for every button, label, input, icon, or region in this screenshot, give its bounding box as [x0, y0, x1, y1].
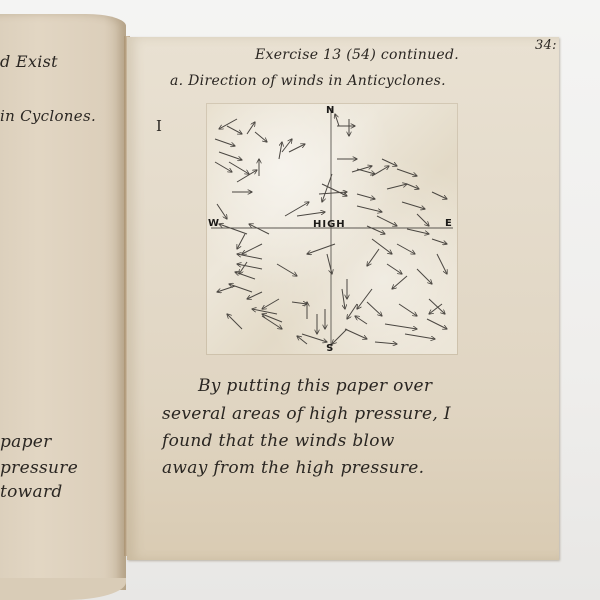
- wind-arrow-icon: [399, 304, 417, 316]
- wind-arrow-icon: [235, 272, 255, 279]
- wind-arrow-icon: [237, 234, 245, 249]
- wind-arrow-icon: [407, 184, 419, 189]
- wind-arrow-icon: [292, 302, 307, 304]
- wind-arrow-icon: [432, 192, 447, 199]
- wind-arrow-icon: [282, 139, 292, 152]
- left-page-line-4: pressure: [0, 458, 78, 478]
- wind-arrow-icon: [219, 224, 247, 234]
- wind-arrow-icon: [217, 204, 227, 219]
- left-page-line-3: paper: [0, 432, 52, 452]
- wind-arrow-icon: [247, 122, 255, 134]
- wind-arrow-icon: [432, 239, 447, 244]
- conclusion-line-3: found that the winds blow: [162, 431, 395, 451]
- wind-arrow-icon: [332, 329, 347, 344]
- wind-arrow-icon: [367, 226, 385, 234]
- wind-arrow-icon: [352, 166, 372, 172]
- wind-arrow-icon: [387, 184, 407, 189]
- wind-arrow-icon: [239, 262, 247, 274]
- wind-arrow-icon: [417, 214, 429, 226]
- high-pressure-label: HIGH: [313, 219, 346, 230]
- wind-arrow-icon: [355, 316, 367, 324]
- wind-arrow-icon: [357, 289, 372, 309]
- wind-arrow-icon: [252, 309, 277, 314]
- left-page-line-2: in Cyclones.: [0, 107, 96, 125]
- wind-arrow-icon: [237, 170, 257, 182]
- wind-arrow-icon: [262, 299, 279, 309]
- wind-arrow-icon: [285, 202, 309, 216]
- wind-arrow-icon: [237, 264, 262, 269]
- wind-arrow-icon: [227, 314, 242, 329]
- wind-arrow-icon: [375, 342, 397, 344]
- wind-arrow-icon: [219, 119, 237, 129]
- wind-arrow-icon: [402, 202, 425, 209]
- wind-arrow-icon: [342, 289, 345, 309]
- wind-arrow-icon: [217, 286, 235, 292]
- wind-arrow-icon: [255, 132, 267, 142]
- wind-arrow-icon: [427, 319, 447, 329]
- wind-arrow-icon: [289, 144, 305, 152]
- wind-arrow-icon: [407, 229, 429, 234]
- wind-arrow-icon: [219, 152, 242, 160]
- south-label: S: [326, 341, 333, 352]
- wind-arrow-icon: [385, 324, 417, 329]
- wind-arrow-icon: [387, 264, 402, 274]
- conclusion-line-1: By putting this paper over: [198, 376, 432, 396]
- wind-arrow-icon: [357, 194, 375, 199]
- wind-arrow-icon: [279, 142, 282, 159]
- wind-arrow-icon: [417, 269, 432, 284]
- left-notebook-page: [0, 14, 126, 590]
- wind-arrow-icon: [215, 139, 235, 146]
- left-page-line-1: d Exist: [0, 52, 58, 71]
- wind-arrow-icon: [229, 284, 252, 292]
- conclusion-line-4: away from the high pressure.: [162, 458, 424, 478]
- wind-arrow-icon: [302, 334, 327, 342]
- wind-arrow-icon: [345, 329, 367, 339]
- wind-arrow-icon: [372, 239, 392, 254]
- left-page-line-5: toward: [0, 482, 63, 502]
- wind-arrow-icon: [242, 244, 262, 254]
- wind-arrow-icon: [277, 264, 297, 276]
- page-number: 34:: [535, 38, 557, 53]
- wind-arrow-icon: [377, 216, 397, 226]
- wind-arrow-icon: [397, 244, 415, 254]
- wind-arrow-icon: [335, 114, 339, 126]
- north-label: N: [326, 103, 334, 114]
- wind-arrow-icon: [297, 212, 325, 216]
- figure-label: I: [156, 117, 162, 135]
- west-label: W: [208, 218, 219, 229]
- anticyclone-wind-diagram: N S W E HIGH: [207, 104, 457, 354]
- wind-arrow-icon: [229, 162, 249, 174]
- exercise-heading: Exercise 13 (54) continued.: [255, 47, 459, 63]
- wind-arrow-icon: [215, 162, 232, 172]
- conclusion-line-2: several areas of high pressure, I: [162, 404, 451, 424]
- wind-arrow-icon: [372, 166, 389, 176]
- wind-arrow-icon: [247, 292, 262, 299]
- exercise-subheading: a. Direction of winds in Anticyclones.: [170, 73, 446, 89]
- wind-arrow-icon: [357, 206, 382, 212]
- wind-arrow-icon: [237, 254, 262, 259]
- wind-arrow-icon: [322, 184, 347, 196]
- wind-arrow-icon: [297, 336, 307, 344]
- wind-arrow-icon: [397, 169, 417, 176]
- wind-arrow-icon: [382, 159, 397, 166]
- wind-arrow-icon: [249, 224, 269, 234]
- wind-arrow-icon: [367, 302, 382, 316]
- east-label: E: [445, 218, 452, 229]
- wind-arrow-icon: [437, 254, 447, 274]
- wind-arrow-icon: [405, 334, 435, 339]
- wind-arrow-icon: [227, 126, 242, 134]
- wind-arrow-icon: [367, 249, 379, 266]
- wind-arrow-icon: [357, 169, 375, 174]
- wind-arrow-icon: [392, 276, 407, 289]
